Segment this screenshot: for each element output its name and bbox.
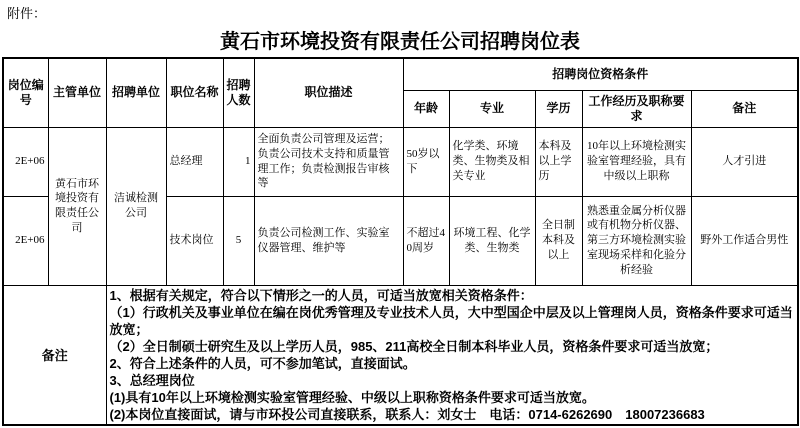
notes-label: 备注	[3, 285, 106, 425]
cell-job-id: 2E+06	[3, 127, 48, 196]
note-line: （1）行政机关及事业单位在编在岗优秀管理及专业技术人员，大中型国企中层及以上管理…	[110, 304, 795, 338]
note-line: 1、根据有关规定，符合以下情形之一的人员，可适当放宽相关资格条件：	[110, 287, 795, 304]
cell-position-name: 技术岗位	[166, 196, 223, 285]
document-title: 黄石市环境投资有限责任公司招聘岗位表	[0, 25, 800, 54]
cell-job-id: 2E+06	[3, 196, 48, 285]
table-row: 2E+06 黄石市环境投资有限责任公司 洁诚检测公司 总经理 1 全面负责公司管…	[3, 127, 798, 196]
cell-job-description: 全面负责公司管理及运营；负责公司技术支持和质量管理工作；负责检测报告审核等	[254, 127, 403, 196]
header-education: 学历	[535, 90, 582, 127]
cell-position-name: 总经理	[166, 127, 223, 196]
cell-experience: 10年以上环境检测实验室管理经验，具有中级以上职称	[582, 127, 691, 196]
cell-remark: 野外工作适合男性	[691, 196, 798, 285]
note-line: 3、总经理岗位	[110, 372, 795, 389]
header-experience: 工作经历及职称要求	[582, 90, 691, 127]
cell-major: 环境工程、化学类、生物类	[449, 196, 535, 285]
header-job-description: 职位描述	[254, 58, 403, 127]
cell-experience: 熟悉重金属分析仪器或有机物分析仪器、第三方环境检测实验室现场采样和化验分析经验	[582, 196, 691, 285]
note-line: (2)本岗位直接面试，请与市环投公司直接联系，联系人：刘女士 电话：0714-6…	[110, 406, 795, 423]
cell-major: 化学类、环境类、生物类及相关专业	[449, 127, 535, 196]
cell-recruiting-unit: 洁诚检测公司	[106, 127, 166, 285]
note-line: (1)具有10年以上环境检测实验室管理经验、中级以上职称资格条件要求可适当放宽。	[110, 389, 795, 406]
cell-education: 本科及以上学历	[535, 127, 582, 196]
header-recruiting-unit: 招聘单位	[106, 58, 166, 127]
note-line: （2）全日制硕士研究生及以上学历人员，985、211高校全日制本科毕业人员，资格…	[110, 338, 795, 355]
document-page: 附件： 黄石市环境投资有限责任公司招聘岗位表 岗位编号 主管单位 招聘单位 职位…	[0, 0, 800, 428]
header-position-name: 职位名称	[166, 58, 223, 127]
cell-headcount: 1	[223, 127, 254, 196]
attachment-label: 附件：	[7, 3, 46, 22]
cell-age: 50岁以下	[403, 127, 449, 196]
recruitment-table: 岗位编号 主管单位 招聘单位 职位名称 招聘人数 职位描述 招聘岗位资格条件 年…	[2, 57, 799, 426]
header-age: 年龄	[403, 90, 449, 127]
header-supervisor-unit: 主管单位	[48, 58, 106, 127]
header-job-id: 岗位编号	[3, 58, 48, 127]
notes-block: 1、根据有关规定，符合以下情形之一的人员，可适当放宽相关资格条件： （1）行政机…	[106, 285, 798, 425]
cell-age: 不超过40周岁	[403, 196, 449, 285]
cell-supervisor-unit: 黄石市环境投资有限责任公司	[48, 127, 106, 285]
notes-row: 备注 1、根据有关规定，符合以下情形之一的人员，可适当放宽相关资格条件： （1）…	[3, 285, 798, 425]
cell-job-description: 负责公司检测工作、实验室仪器管理、维护等	[254, 196, 403, 285]
header-qualification-group: 招聘岗位资格条件	[403, 58, 798, 90]
cell-remark: 人才引进	[691, 127, 798, 196]
header-major: 专业	[449, 90, 535, 127]
cell-headcount: 5	[223, 196, 254, 285]
note-line: 2、符合上述条件的人员，可不参加笔试，直接面试。	[110, 355, 795, 372]
header-headcount: 招聘人数	[223, 58, 254, 127]
cell-education: 全日制本科及以上	[535, 196, 582, 285]
header-remark: 备注	[691, 90, 798, 127]
